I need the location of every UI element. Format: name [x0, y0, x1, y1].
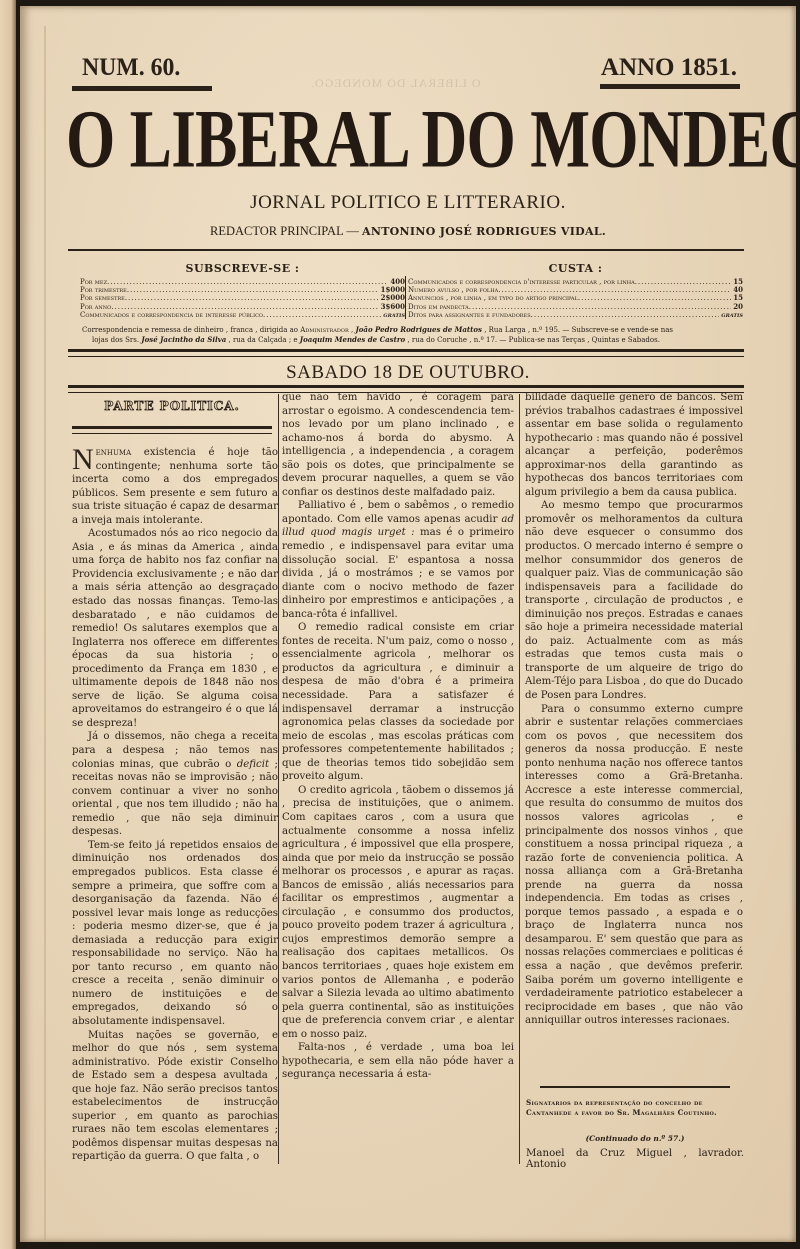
column-divider-2 [519, 394, 520, 1164]
issue-number: NUM. 60. [82, 54, 180, 82]
newspaper-page: O LIBERAL DO MONDEGO. NUM. 60. ANNO 1851… [20, 6, 796, 1242]
article-paragraph: O credito agricola , tãobem o dissemos j… [282, 784, 514, 1041]
leader-dots [498, 286, 731, 294]
leader-dots [111, 303, 378, 311]
price-label: Numero avulso , por folha [408, 286, 498, 294]
issue-year: ANNO 1851. [601, 54, 737, 82]
leader-dots [469, 303, 732, 311]
article-paragraph: O remedio radical consiste em criar font… [282, 621, 514, 784]
leader-dots [531, 311, 720, 319]
article-paragraph: Para o consummo externo cumpre abrir e s… [525, 703, 743, 1028]
masthead-rule-right [600, 84, 740, 89]
section-heading: PARTE POLITICA. [72, 399, 272, 413]
price-label: Communicados e correspondencia de intere… [80, 311, 263, 319]
price-label: Ditos em pandecta [408, 303, 469, 311]
corresp-admin: Administrador [300, 326, 349, 334]
corresp-admin-name: João Pedro Rodrigues de Mattos [355, 325, 482, 334]
costs-box: CUSTA : Communicados e correspondencia d… [408, 262, 743, 319]
leader-dots [578, 294, 731, 302]
price-label: Ditos para assignantes e fundadores [408, 311, 531, 319]
article-column-3: bilidade daquelle genero de bancos. Sem … [525, 391, 743, 1028]
article-paragraph: Palliativo é , bem o sabêmos , o remedio… [282, 499, 514, 621]
corresp-text: lojas dos Srs. [92, 336, 141, 344]
subscription-heading: SUBSCREVE-SE : [80, 262, 405, 276]
article-column-2: que não tem havido , é coragem para arro… [282, 391, 514, 1082]
corresp-address: , Rua Larga , n.º 195. — Subscreve-se e … [482, 326, 673, 334]
corresp-shop-owner-1: José Jacintho da Silva [141, 335, 226, 344]
column-divider-1 [278, 394, 279, 1164]
article-paragraph: que não tem havido , é coragem para arro… [282, 391, 514, 499]
price-value: gratis [721, 311, 743, 319]
first-word: enhuma [96, 447, 131, 458]
price-label: Por trimestre [80, 286, 127, 294]
section-rule [72, 426, 272, 434]
article-paragraph: Acostumados nós ao rico negocio da Asia … [72, 527, 278, 730]
signatories-heading: Signatarios da representação do concelho… [526, 1098, 744, 1118]
signatories-first-line: Manoel da Cruz Miguel , lavrador. Antoni… [526, 1148, 744, 1170]
price-row: Ditos em pandecta20 [408, 303, 743, 311]
editor-line: REDACTOR PRINCIPAL — ANTONINO JOSÉ RODRI… [20, 224, 796, 239]
price-box-divider [405, 276, 406, 319]
leader-dots [127, 286, 379, 294]
price-value: gratis [383, 311, 405, 319]
price-row: Numero avulso , por folha40 [408, 286, 743, 294]
signatories-continued-note: (Continuado do n.º 57.) [526, 1134, 744, 1143]
previous-page-edge [0, 0, 16, 1249]
newspaper-subtitle: JORNAL POLITICO E LITTERARIO. [20, 192, 796, 214]
correspondence-notice: Correspondencia e remessa de dinheiro , … [82, 325, 744, 345]
price-label: Por anno [80, 303, 111, 311]
price-label: Communicados e correspondencia d'interes… [408, 278, 635, 286]
article-column-1: Nenhuma existencia é hoje tão contingent… [72, 446, 278, 1164]
article-paragraph: Nenhuma existencia é hoje tão contingent… [72, 446, 278, 527]
article-paragraph: bilidade daquelle genero de bancos. Sem … [525, 391, 743, 499]
issue-date: SABADO 18 DE OUTUBRO. [20, 362, 796, 384]
corresp-shop-owner-2: Joaquim Mendes de Castro [300, 335, 405, 344]
price-label: Por semestre [80, 294, 125, 302]
corresp-text: , rua da Calçada ; e [226, 336, 300, 344]
leader-dots [107, 278, 388, 286]
leader-dots [635, 278, 732, 286]
article-paragraph: Falta-nos , é verdade , uma boa lei hypo… [282, 1041, 514, 1082]
article-paragraph: Ao mesmo tempo que procurarmos promovêr … [525, 499, 743, 702]
signatories-rule [540, 1086, 730, 1088]
subscription-box: SUBSCREVE-SE : Por mez400Por trimestre1$… [80, 262, 405, 319]
costs-heading: CUSTA : [408, 262, 743, 276]
rule-above-prices [68, 249, 744, 251]
editor-name: ANTONINO JOSÉ RODRIGUES VIDAL. [362, 225, 606, 238]
newspaper-title: O LIBERAL DO MONDEGO. [66, 98, 766, 183]
leader-dots [125, 294, 379, 302]
price-label: Annuncios , por linha , em typo do artig… [408, 294, 578, 302]
drop-cap: N [72, 448, 94, 472]
corresp-text: Correspondencia e remessa de dinheiro , … [82, 326, 300, 334]
price-row: Communicados e correspondencia de intere… [80, 311, 405, 319]
masthead-rule-left [72, 86, 212, 91]
editor-label: REDACTOR PRINCIPAL — [210, 224, 359, 238]
price-row: Annuncios , por linha , em typo do artig… [408, 294, 743, 302]
corresp-publication-days: , rua do Coruche , n.º 17. — Publica-se … [405, 336, 660, 344]
price-row: Por semestre2$000 [80, 294, 405, 302]
article-paragraph: Tem-se feito já repetidos ensaios de dim… [72, 839, 278, 1029]
price-row: Por anno3$600 [80, 303, 405, 311]
price-row: Ditos para assignantes e fundadoresgrati… [408, 311, 743, 319]
price-row: Por mez400 [80, 278, 405, 286]
price-label: Por mez [80, 278, 107, 286]
price-row: Communicados e correspondencia d'interes… [408, 278, 743, 286]
article-paragraph: Muitas nações se governão, e melhor do q… [72, 1029, 278, 1164]
rule-above-date [68, 349, 744, 357]
article-paragraph: Já o dissemos, não chega a receita para … [72, 730, 278, 838]
leader-dots [263, 311, 381, 319]
price-row: Por trimestre1$000 [80, 286, 405, 294]
